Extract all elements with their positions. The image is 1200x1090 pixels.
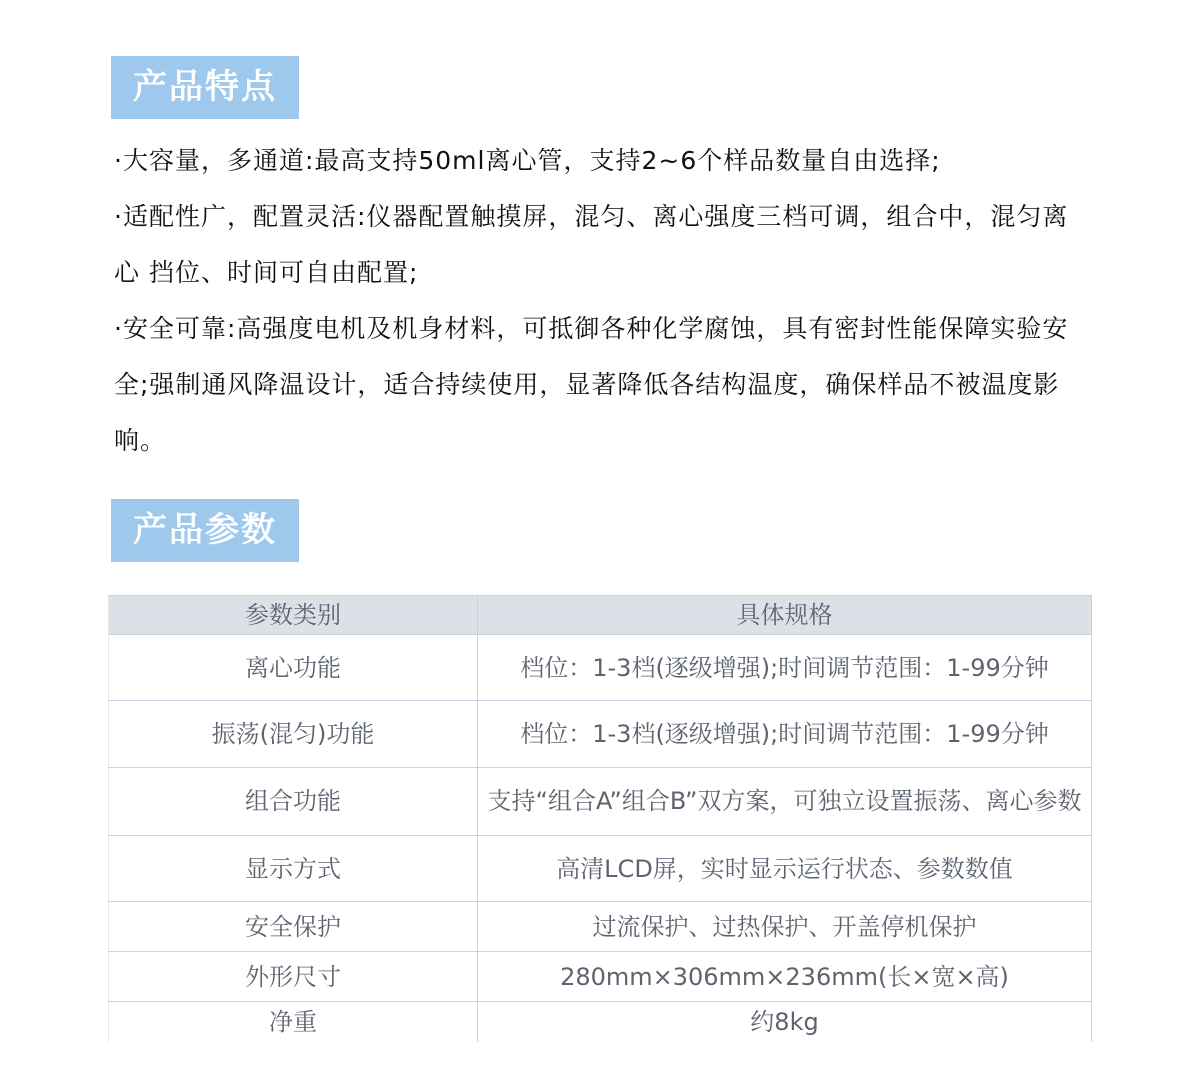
spec-cell: 支持“组合A”组合B”双方案，可独立设置振荡、离心参数 xyxy=(478,768,1092,836)
table-row: 净重 约8kg xyxy=(109,1002,1092,1043)
table-row: 外形尺寸 280mm×306mm×236mm(长×宽×高) xyxy=(109,952,1092,1002)
category-cell: 外形尺寸 xyxy=(109,952,478,1002)
category-cell: 安全保护 xyxy=(109,902,478,952)
spec-cell: 280mm×306mm×236mm(长×宽×高) xyxy=(478,952,1092,1002)
spec-cell: 档位：1-3档(逐级增强);时间调节范围：1-99分钟 xyxy=(478,635,1092,701)
category-cell: 组合功能 xyxy=(109,768,478,836)
column-header-category: 参数类别 xyxy=(109,596,478,635)
table-row: 显示方式 高清LCD屏，实时显示运行状态、参数数值 xyxy=(109,836,1092,902)
category-cell: 离心功能 xyxy=(109,635,478,701)
parameters-heading: 产品参数 xyxy=(111,499,299,562)
features-heading: 产品特点 xyxy=(111,56,299,119)
table-row: 组合功能 支持“组合A”组合B”双方案，可独立设置振荡、离心参数 xyxy=(109,768,1092,836)
spec-cell: 高清LCD屏，实时显示运行状态、参数数值 xyxy=(478,836,1092,902)
spec-cell: 约8kg xyxy=(478,1002,1092,1043)
spec-cell: 过流保护、过热保护、开盖停机保护 xyxy=(478,902,1092,952)
table-row: 安全保护 过流保护、过热保护、开盖停机保护 xyxy=(109,902,1092,952)
table-header-row: 参数类别 具体规格 xyxy=(109,596,1092,635)
spec-cell: 档位：1-3档(逐级增强);时间调节范围：1-99分钟 xyxy=(478,701,1092,768)
features-list: ·大容量，多通道:最高支持50ml离心管，支持2~6个样品数量自由选择; ·适配… xyxy=(114,133,1074,469)
table-row: 离心功能 档位：1-3档(逐级增强);时间调节范围：1-99分钟 xyxy=(109,635,1092,701)
category-cell: 显示方式 xyxy=(109,836,478,902)
feature-paragraph-capacity: ·大容量，多通道:最高支持50ml离心管，支持2~6个样品数量自由选择; xyxy=(114,133,1074,189)
category-cell: 净重 xyxy=(109,1002,478,1043)
feature-paragraph-safety: ·安全可靠:高强度电机及机身材料，可抵御各种化学腐蚀，具有密封性能保障实验安全;… xyxy=(114,301,1074,469)
table-row: 振荡(混匀)功能 档位：1-3档(逐级增强);时间调节范围：1-99分钟 xyxy=(109,701,1092,768)
feature-paragraph-flexibility: ·适配性广，配置灵活:仪器配置触摸屏，混匀、离心强度三档可调，组合中，混匀离心 … xyxy=(114,189,1074,301)
column-header-spec: 具体规格 xyxy=(478,596,1092,635)
spec-table: 参数类别 具体规格 离心功能 档位：1-3档(逐级增强);时间调节范围：1-99… xyxy=(108,595,1092,1042)
category-cell: 振荡(混匀)功能 xyxy=(109,701,478,768)
